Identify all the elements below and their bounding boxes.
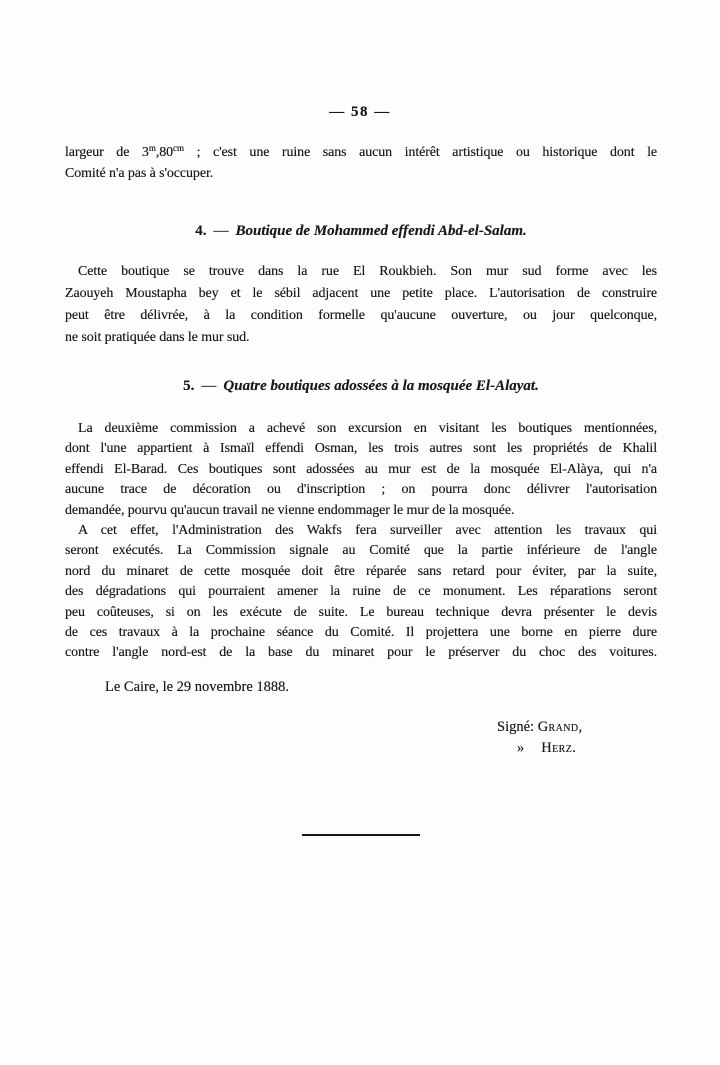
heading-dash: — <box>201 378 216 394</box>
text-segment: ; c'est une ruine sans aucun intérêt art… <box>184 145 657 160</box>
superscript-metre: m <box>149 143 156 153</box>
paragraph-line: Comité n'a pas à s'occuper. <box>65 163 657 184</box>
section-title: Boutique de Mohammed effendi Abd-el-Sala… <box>236 223 527 239</box>
heading-dash: — <box>214 223 229 239</box>
paragraph-line: nord du minaret de cette mosquée doit êt… <box>65 562 657 582</box>
paragraph-line: seront exécutés. La Commission signale a… <box>65 541 657 561</box>
paragraph-line: de ces travaux à la prochaine séance du … <box>65 623 657 643</box>
text-segment: largeur de 3 <box>65 145 149 160</box>
dateline: Le Caire, le 29 novembre 1888. <box>105 679 289 696</box>
section-5-heading: 5.—Quatre boutiques adossées à la mosqué… <box>65 378 657 395</box>
paragraph-line: des dégradations qui pourraient amener l… <box>65 582 657 602</box>
superscript-centimetre: cm <box>173 143 184 153</box>
paragraph-line: dont l'une appartient à Ismaïl effendi O… <box>65 439 657 459</box>
section-4-heading: 4.—Boutique de Mohammed effendi Abd-el-S… <box>65 223 657 240</box>
opening-paragraph: largeur de 3m,80cm ; c'est une ruine san… <box>65 142 657 184</box>
section-title: Quatre boutiques adossées à la mosquée E… <box>223 378 538 394</box>
signature-block: Signé: Grand, »Herz. <box>497 717 583 759</box>
paragraph-line: La deuxième commission a achevé son excu… <box>65 419 657 439</box>
section-number: 4. <box>195 223 206 239</box>
paragraph-line: Cette boutique se trouve dans la rue El … <box>65 261 657 283</box>
paragraph-line: aucune trace de décoration ou d'inscript… <box>65 480 657 500</box>
signature-label: Signé: <box>497 719 534 735</box>
paragraph-line: peut être délivrée, à la condition forme… <box>65 305 657 327</box>
paragraph-line: Zaouyeh Moustapha bey et le sébil adjace… <box>65 283 657 305</box>
section-4-paragraph: Cette boutique se trouve dans la rue El … <box>65 261 657 349</box>
paragraph-line: ne soit pratiquée dans le mur sud. <box>65 327 657 349</box>
scanned-document-page: — 58 — largeur de 3m,80cm ; c'est une ru… <box>0 0 720 1065</box>
signatory-name: Herz. <box>541 740 576 756</box>
paragraph-line: peu coûteuses, si on les exécute de suit… <box>65 603 657 623</box>
signature-line: Signé: Grand, <box>497 717 583 738</box>
text-segment: ,80 <box>156 145 173 160</box>
paragraph-line: A cet effet, l'Administration des Wakfs … <box>65 521 657 541</box>
page-number-header: — 58 — <box>0 104 720 121</box>
signature-line: »Herz. <box>497 738 583 759</box>
end-of-section-rule <box>302 834 420 836</box>
paragraph-line: contre l'angle nord-est de la base du mi… <box>65 643 657 663</box>
signatory-name: Grand, <box>538 719 583 735</box>
section-number: 5. <box>183 378 194 394</box>
paragraph-line: effendi El-Barad. Ces boutiques sont ado… <box>65 460 657 480</box>
paragraph-line: largeur de 3m,80cm ; c'est une ruine san… <box>65 142 657 163</box>
ditto-mark: » <box>517 740 524 756</box>
section-5-paragraphs: La deuxième commission a achevé son excu… <box>65 419 657 664</box>
paragraph-line: demandée, pourvu qu'aucun travail ne vie… <box>65 501 657 521</box>
